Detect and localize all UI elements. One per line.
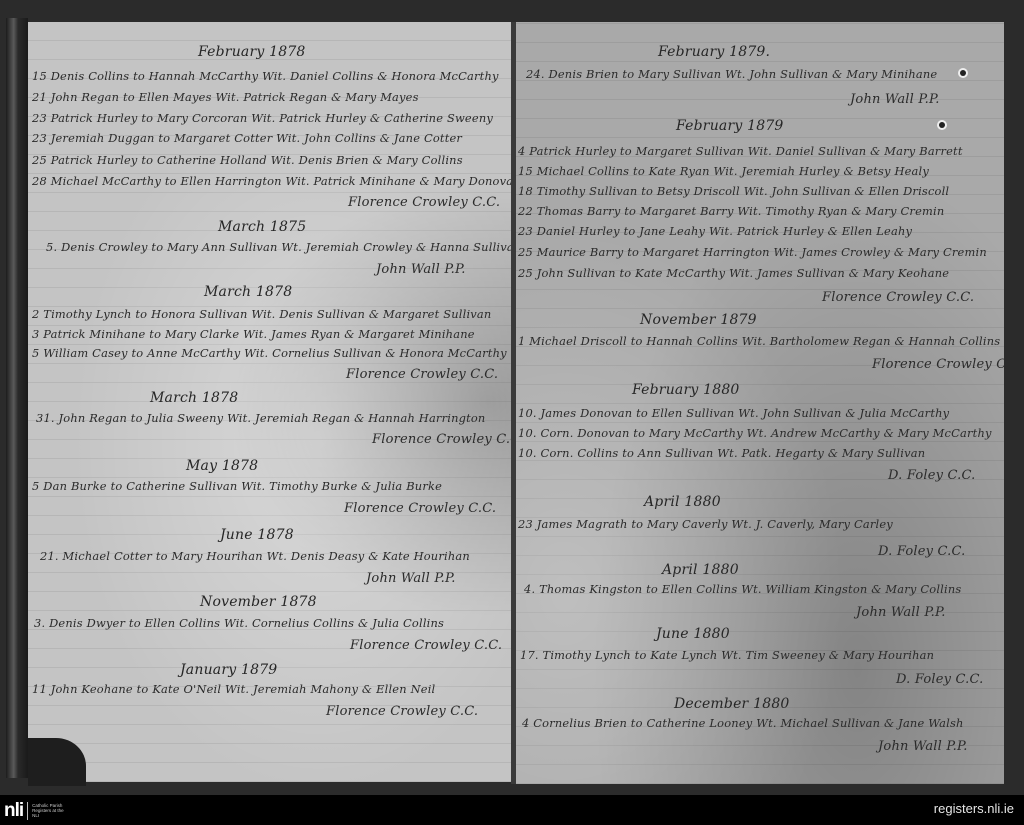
nli-logo[interactable]: nli Catholic Parish Registers at the NLI — [4, 801, 64, 820]
section-heading: November 1879 — [640, 312, 757, 328]
marriage-entry: 21. Michael Cotter to Mary Hourihan Wt. … — [40, 549, 470, 563]
register-image-viewer[interactable]: February 1878 15 Denis Collins to Hannah… — [0, 0, 1024, 795]
marriage-entry: 3 Patrick Minihane to Mary Clarke Wit. J… — [32, 327, 475, 341]
section-heading: January 1879 — [180, 662, 277, 678]
marriage-entry: 23 Daniel Hurley to Jane Leahy Wit. Patr… — [518, 224, 912, 238]
marriage-entry: 23 Jeremiah Duggan to Margaret Cotter Wi… — [32, 131, 462, 145]
marriage-entry: 21 John Regan to Ellen Mayes Wit. Patric… — [32, 90, 419, 104]
marriage-entry: 23 Patrick Hurley to Mary Corcoran Wit. … — [32, 111, 493, 125]
priest-signature: Florence Crowley C.C. — [372, 432, 512, 447]
page-hole-mark — [960, 70, 966, 76]
marriage-entry: 23 James Magrath to Mary Caverly Wt. J. … — [518, 517, 893, 531]
marriage-entry: 11 John Keohane to Kate O'Neil Wit. Jere… — [32, 682, 435, 696]
priest-signature: Florence Crowley C.C. — [326, 704, 478, 719]
marriage-entry: 31. John Regan to Julia Sweeny Wit. Jere… — [36, 411, 485, 425]
section-heading: November 1878 — [200, 594, 317, 610]
section-heading: February 1880 — [632, 382, 740, 398]
priest-signature: D. Foley C.C. — [888, 468, 976, 483]
section-heading: February 1879. — [658, 44, 770, 60]
nli-logo-subtitle: Catholic Parish Registers at the NLI — [32, 803, 64, 818]
logo-divider — [27, 802, 28, 820]
book-spine-edge — [6, 18, 28, 778]
section-heading: March 1875 — [218, 219, 306, 235]
registers-site-link[interactable]: registers.nli.ie — [934, 801, 1014, 816]
marriage-entry: 24. Denis Brien to Mary Sullivan Wt. Joh… — [526, 67, 937, 81]
priest-signature: John Wall P.P. — [376, 262, 466, 277]
priest-signature: Florence Crowley C.C. — [872, 357, 1004, 372]
marriage-entry: 4 Cornelius Brien to Catherine Looney Wt… — [522, 716, 964, 730]
priest-signature: John Wall P.P. — [850, 92, 940, 107]
section-heading: June 1880 — [656, 626, 730, 642]
priest-signature: John Wall P.P. — [366, 571, 456, 586]
marriage-entry: 2 Timothy Lynch to Honora Sullivan Wit. … — [32, 307, 491, 321]
marriage-entry: 17. Timothy Lynch to Kate Lynch Wt. Tim … — [520, 648, 934, 662]
marriage-entry: 28 Michael McCarthy to Ellen Harrington … — [32, 174, 512, 188]
marriage-entry: 5. Denis Crowley to Mary Ann Sullivan Wt… — [46, 240, 512, 254]
priest-signature: Florence Crowley C.C. — [350, 638, 502, 653]
section-heading: March 1878 — [204, 284, 292, 300]
priest-signature: Florence Crowley C.C. — [346, 367, 498, 382]
marriage-entry: 5 William Casey to Anne McCarthy Wit. Co… — [32, 346, 507, 360]
section-heading: December 1880 — [674, 696, 790, 712]
section-heading: May 1878 — [186, 458, 258, 474]
section-heading: June 1878 — [220, 527, 294, 543]
marriage-entry: 10. James Donovan to Ellen Sullivan Wt. … — [518, 406, 949, 420]
marriage-entry: 22 Thomas Barry to Margaret Barry Wit. T… — [518, 204, 944, 218]
marriage-entry: 4. Thomas Kingston to Ellen Collins Wt. … — [524, 582, 961, 596]
marriage-entry: 15 Denis Collins to Hannah McCarthy Wit.… — [32, 69, 499, 83]
priest-signature: Florence Crowley C.C. — [344, 501, 496, 516]
marriage-entry: 5 Dan Burke to Catherine Sullivan Wit. T… — [32, 479, 442, 493]
section-heading: February 1879 — [676, 118, 784, 134]
footer-bar: nli Catholic Parish Registers at the NLI… — [0, 795, 1024, 825]
priest-signature: Florence Crowley C.C. — [822, 290, 974, 305]
nli-logo-mark: nli — [4, 801, 23, 820]
page-hole-mark — [939, 122, 945, 128]
marriage-entry: 10. Corn. Collins to Ann Sullivan Wt. Pa… — [518, 446, 925, 460]
marriage-entry: 18 Timothy Sullivan to Betsy Driscoll Wi… — [518, 184, 949, 198]
marriage-entry: 3. Denis Dwyer to Ellen Collins Wit. Cor… — [34, 616, 444, 630]
priest-signature: Florence Crowley C.C. — [348, 195, 500, 210]
section-heading: April 1880 — [644, 494, 721, 510]
register-page-left: February 1878 15 Denis Collins to Hannah… — [28, 22, 512, 782]
marriage-entry: 10. Corn. Donovan to Mary McCarthy Wt. A… — [518, 426, 992, 440]
marriage-entry: 4 Patrick Hurley to Margaret Sullivan Wi… — [518, 144, 963, 158]
section-heading: April 1880 — [662, 562, 739, 578]
priest-signature: D. Foley C.C. — [896, 672, 984, 687]
section-heading: March 1878 — [150, 390, 238, 406]
priest-signature: John Wall P.P. — [878, 739, 968, 754]
register-page-right: February 1879. 24. Denis Brien to Mary S… — [516, 22, 1004, 784]
priest-signature: D. Foley C.C. — [878, 544, 966, 559]
section-heading: February 1878 — [198, 44, 306, 60]
priest-signature: John Wall P.P. — [856, 605, 946, 620]
marriage-entry: 25 Patrick Hurley to Catherine Holland W… — [32, 153, 463, 167]
marriage-entry: 1 Michael Driscoll to Hannah Collins Wit… — [518, 334, 1000, 348]
marriage-entry: 25 John Sullivan to Kate McCarthy Wit. J… — [518, 266, 949, 280]
marriage-entry: 25 Maurice Barry to Margaret Harrington … — [518, 245, 987, 259]
marriage-entry: 15 Michael Collins to Kate Ryan Wit. Jer… — [518, 164, 929, 178]
